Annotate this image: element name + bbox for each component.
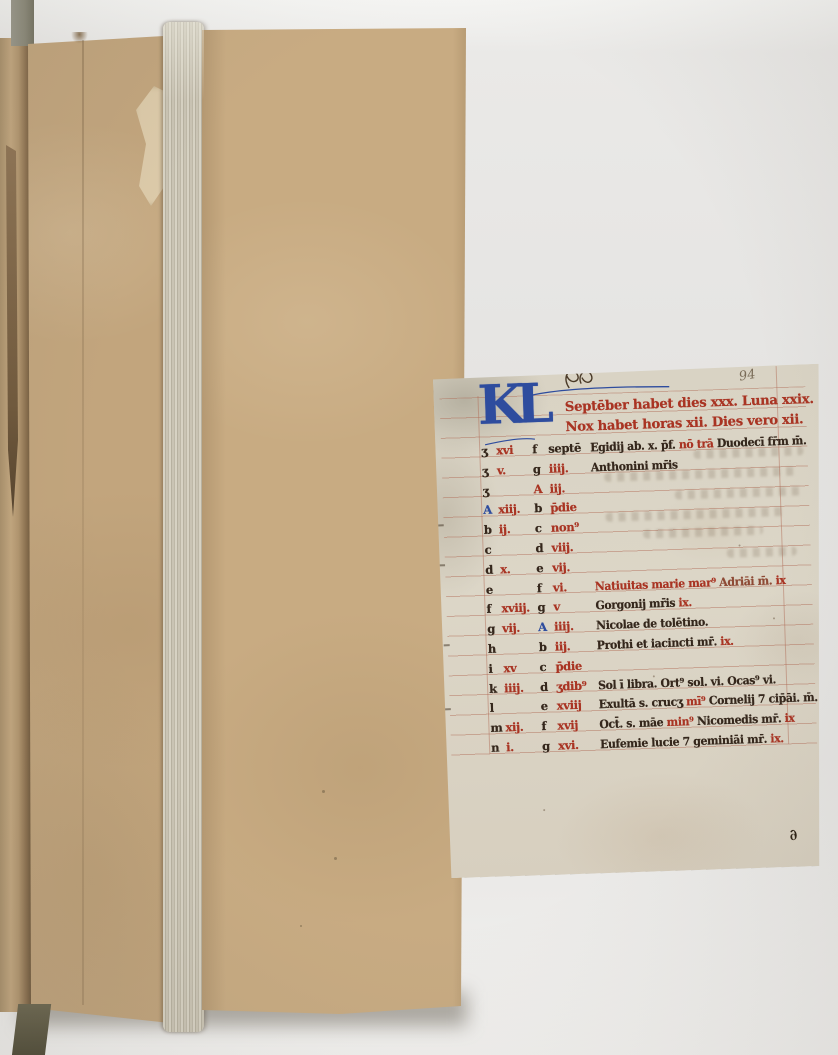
calendar-lines: Septēber habet dies xxx. Luna xxix.Nox h… [433,364,835,879]
lunar-letter: d [485,562,493,576]
lunar-letter: f [486,602,491,616]
book-spine-bottom [12,1004,51,1055]
lunar-letter: h [488,642,496,656]
golden-number: xiij. [498,502,520,517]
dominical-letter: A [533,482,542,496]
lunar-letter: m [490,721,502,735]
lunar-letter: g [487,622,495,636]
vellum-calendar-leaf: KL 94 Septēber habet dies xxx. Luna xxix… [433,364,835,879]
page-stub-ridge [163,22,204,1032]
feast-text-segment: Duodecī fr̄m m̄. [717,433,807,450]
golden-number: v. [497,463,506,477]
roman-day: iiij. [554,619,574,634]
dominical-letter: f [532,442,537,456]
golden-number: xij. [505,720,523,735]
golden-number: xvi [496,443,513,458]
feast-text-segment: Oct̄. s. māe [599,715,667,731]
roman-day: non⁹ [551,520,580,535]
feast-text-segment: Nicomedis mr̄. [697,711,785,728]
lunar-letter: l [490,701,494,715]
golden-number: ij. [499,522,511,536]
lunar-letter: ʒ [482,483,489,497]
roman-day: xvij [557,718,578,733]
dominical-letter: d [540,679,548,693]
golden-number: i. [506,740,514,754]
feast-text-segment: mī⁹ [686,694,709,709]
feast-text-segment: ix. [678,595,692,609]
feast-text-segment: nō trā [679,436,717,451]
paper-speck [322,790,325,793]
golden-number: vij. [502,621,520,636]
roman-day: iiij. [549,461,569,476]
paper-speck [300,925,302,927]
lunar-letter: e [486,582,493,596]
dominical-letter: c [535,521,542,535]
golden-number: iiij. [504,680,524,695]
dominical-letter: e [536,561,543,575]
dominical-letter: A [538,620,547,634]
roman-day: xviij [557,698,582,713]
feast-text-segment: Adriāi m̄. [719,573,776,589]
feast-text-segment: ix. [720,634,734,648]
feast-text-segment: ix [784,711,794,725]
dominical-letter: g [537,600,545,614]
dominical-letter: g [542,739,550,753]
roman-day: iij. [549,481,565,496]
page-stub-highlight [163,22,204,102]
feast-text-segment: Exultā s. crucʒ [599,695,687,712]
manuscript-photo: KL 94 Septēber habet dies xxx. Luna xxix… [0,0,838,1055]
roman-day: viij. [551,540,573,555]
right-flyleaf-page [200,24,467,1016]
lunar-letter: ʒ [482,464,489,478]
dominical-letter: b [534,501,542,515]
lunar-letter: b [484,523,492,537]
roman-day: septē [548,441,581,456]
feast-text-segment: ix [775,573,785,587]
dominical-letter: f [541,719,546,733]
dominical-letter: b [539,640,547,654]
lunar-letter: k [489,681,497,695]
feast-entry: Anthonini mr̄is [591,457,678,474]
dominical-letter: d [535,541,543,555]
roman-day: v [553,600,560,614]
golden-number: xviij. [501,601,530,616]
dominical-letter: f [537,581,542,595]
roman-day: ʒdib⁹ [556,678,587,693]
feast-text-segment: ix. [770,731,784,745]
paper-speck [334,857,337,860]
feast-text-segment: min⁹ [666,714,697,729]
feast-text-segment: Egidij ab. x. p̄f. [590,437,679,454]
lunar-letter: A [483,503,492,517]
dominical-letter: e [541,699,548,713]
golden-number: x. [500,562,511,576]
roman-day: iij. [555,639,571,654]
lunar-letter: ʒ [481,444,488,458]
lunar-letter: n [491,741,499,755]
lunar-letter: i [488,662,492,676]
roman-day: p̄die [555,659,582,674]
feast-text-segment: Anthonini mr̄is [591,457,678,474]
book-spine-top [11,0,34,46]
roman-day: vi. [553,580,567,594]
golden-number: xv [503,661,516,675]
feast-entry: Eufemie lucie 7 geminiāi mr̄. ix. [600,731,784,751]
feast-text-segment: Eufemie lucie 7 geminiāi mr̄. [600,732,771,752]
lunar-letter: c [484,543,491,557]
roman-day: xvi. [558,738,579,753]
feast-text-segment: Gorgonij mr̄is [595,596,679,613]
roman-day: p̄die [550,500,577,515]
roman-day: vij. [552,560,570,575]
board-crease [82,40,84,1005]
board-notch [71,32,88,44]
dominical-letter: c [539,660,546,674]
dominical-letter: g [533,462,541,476]
